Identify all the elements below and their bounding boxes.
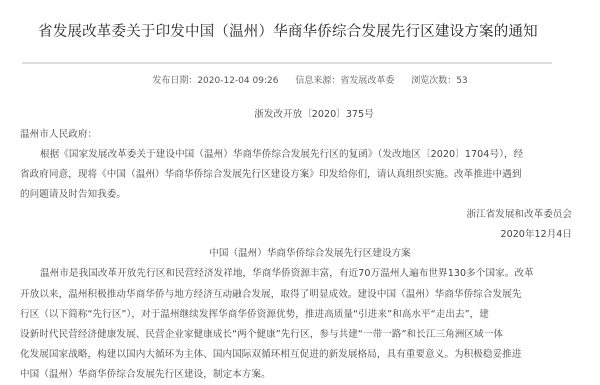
page-title: 省发展改革委关于印发中国（温州）华商华侨综合发展先行区建设方案的通知 [38, 22, 558, 42]
issuer-signature: 浙江省发展和改革委员会 [466, 206, 572, 220]
plan-title: 中国（温州）华商华侨综合发展先行区建设方案 [0, 245, 600, 259]
document-number: 浙发改开放〔2020〕375号 [0, 106, 600, 120]
plan-paragraph-line: 化发展国家战略，构建以国内大循环为主体、国内国际双循环相互促进的新发展格局，具有… [20, 346, 521, 360]
plan-paragraph-line: 开放以来，温州积极推动华商华侨与地方经济互动融合发展，取得了明显成效。建设中国（… [20, 286, 521, 300]
notice-paragraph-line: 的问题请及时告知我委。 [20, 186, 126, 200]
document-page: 省发展改革委关于印发中国（温州）华商华侨综合发展先行区建设方案的通知 发布日期：… [0, 0, 600, 385]
view-count: 浏览次数：53 [411, 76, 467, 86]
publish-date: 发布日期：2020-12-04 09:26 [152, 76, 278, 86]
article-meta: 发布日期：2020-12-04 09:26 信息来源：省发展改革委 浏览次数：5… [0, 73, 600, 86]
plan-paragraph-line: 行区（以下简称“先行区”），对于温州继续发挥华商华侨资源优势，推进高质量“引进来… [20, 306, 489, 320]
addressee: 温州市人民政府： [20, 126, 97, 140]
plan-paragraph-line: 设新时代民营经济健康发展、民营企业家健康成长“两个健康”先行区，参与共建“一带一… [20, 326, 503, 340]
plan-paragraph-line: 中国（温州）华商华侨综合发展先行区建设，制定本方案。 [20, 366, 271, 380]
info-source: 信息来源：省发展改革委 [295, 76, 394, 86]
title-divider [22, 62, 552, 64]
plan-paragraph-line: 温州市是我国改革开放先行区和民营经济发祥地，华商华侨资源丰富，有近70万温州人遍… [40, 265, 534, 279]
notice-paragraph-line: 根据《国家发展改革委关于建设中国（温州）华商华侨综合发展先行区的复函》（发改地区… [40, 146, 523, 160]
notice-paragraph-line: 省政府同意，现将《中国（温州）华商华侨综合发展先行区建设方案》印发给你们，请认真… [20, 166, 521, 180]
issue-date: 2020年12月4日 [500, 226, 572, 240]
